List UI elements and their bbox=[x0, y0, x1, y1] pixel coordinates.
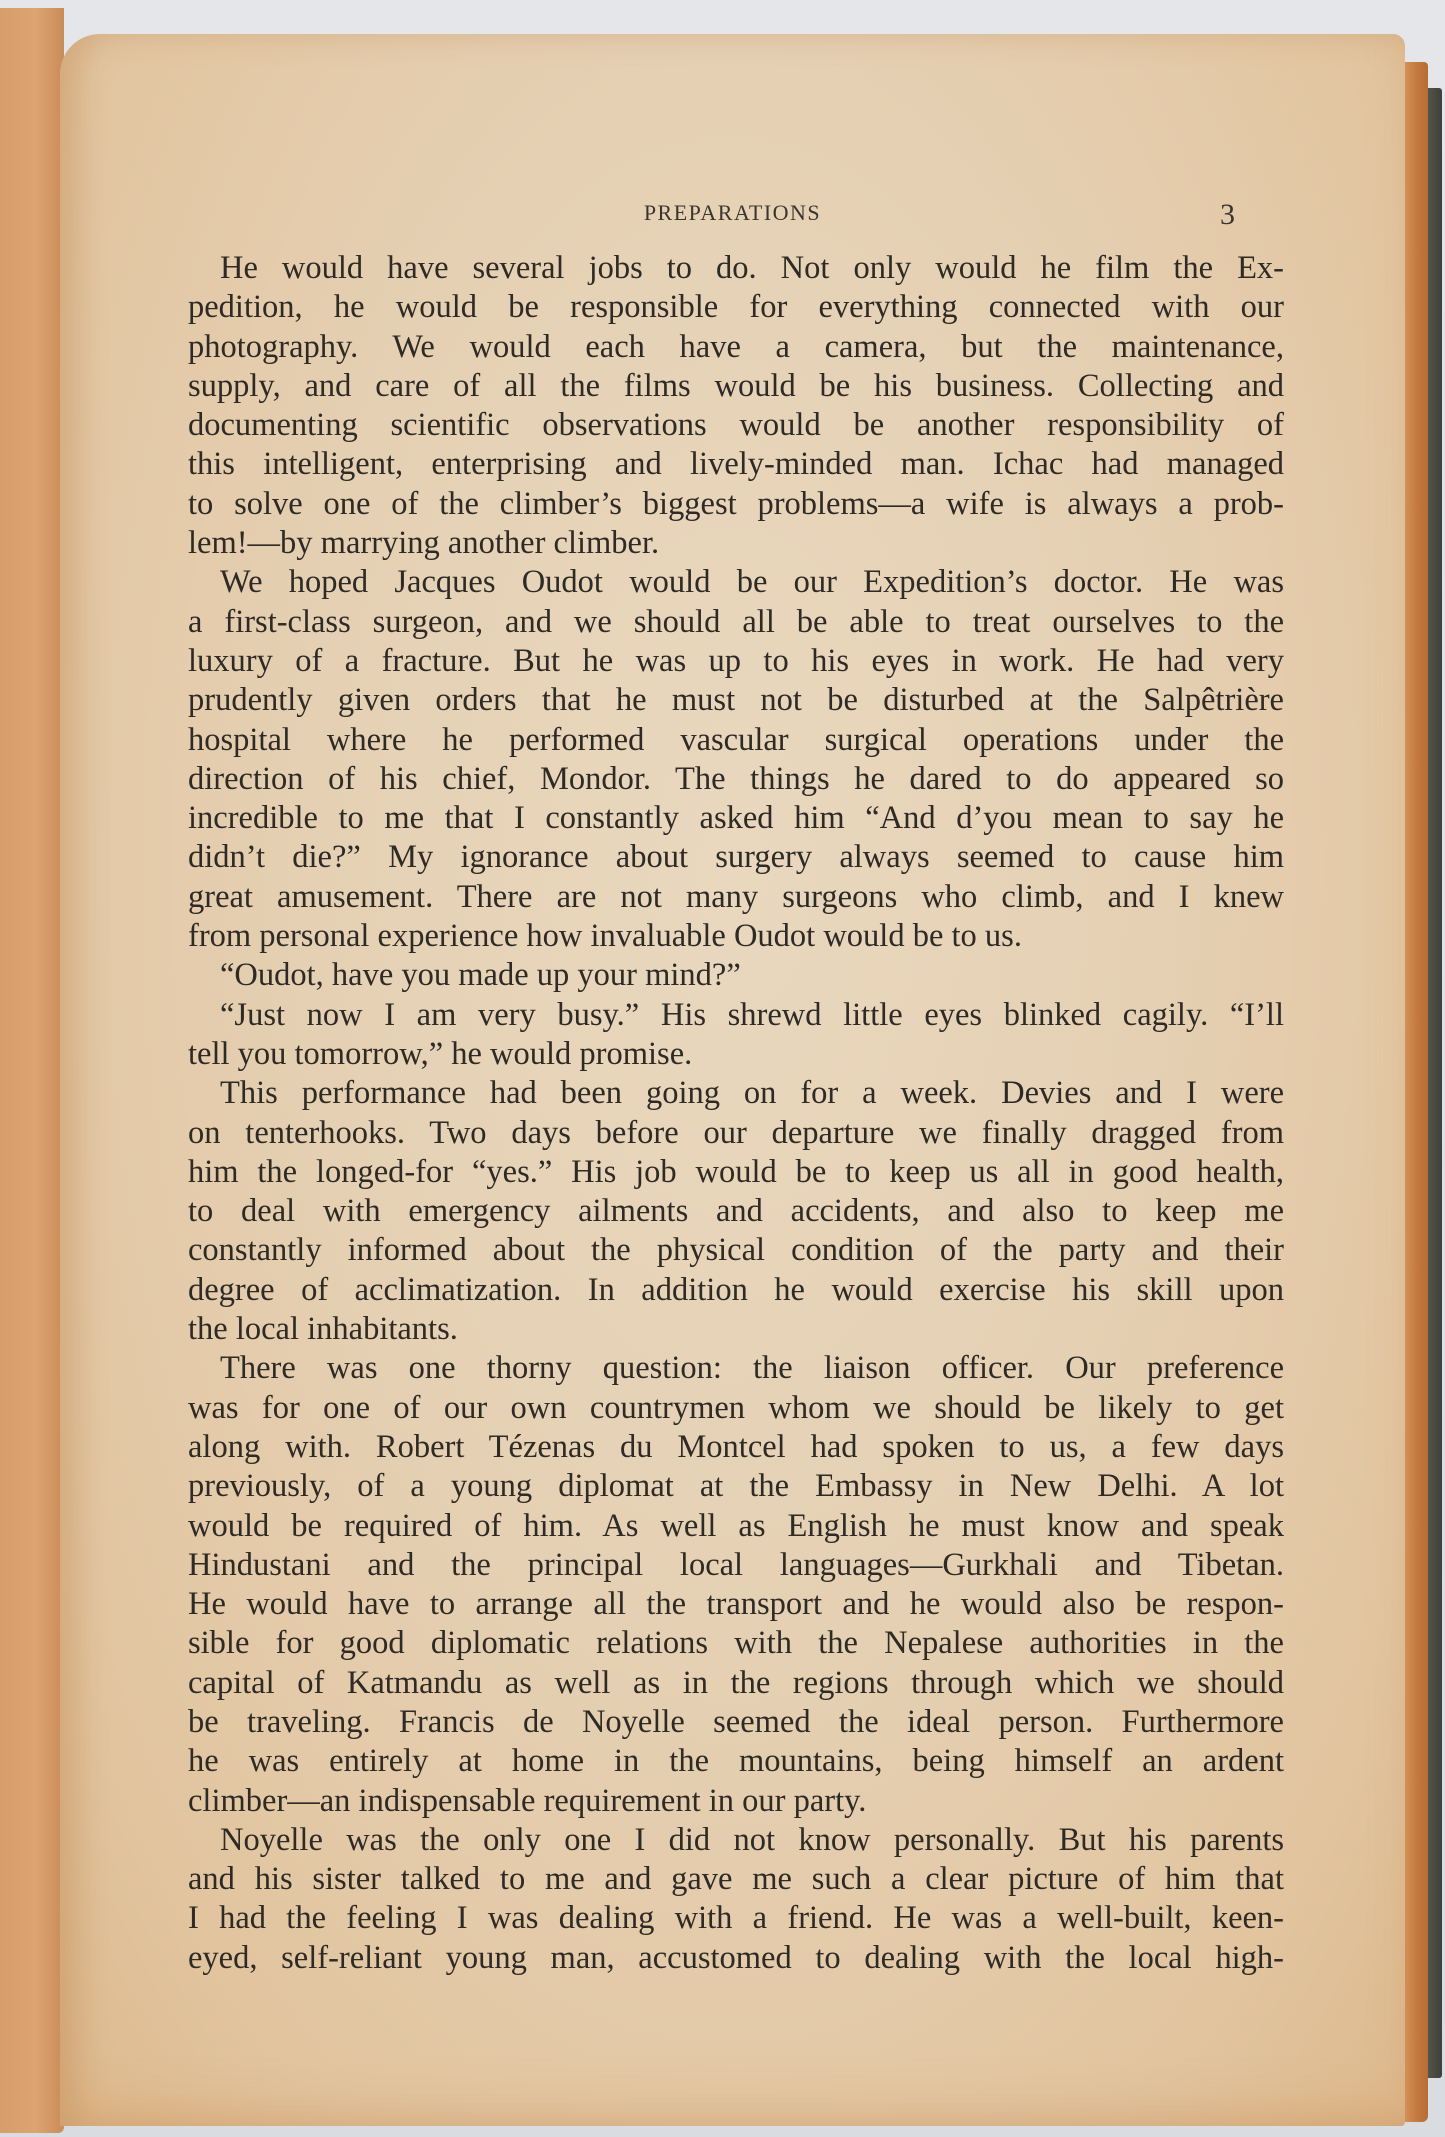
text-line: photography. We would each have a camera… bbox=[188, 328, 1284, 367]
text-line: him the longed-for “yes.” His job would … bbox=[188, 1153, 1284, 1192]
paragraph: We hoped Jacques Oudot would be our Expe… bbox=[188, 563, 1284, 956]
text-line: constantly informed about the physical c… bbox=[188, 1231, 1284, 1270]
page-number: 3 bbox=[1220, 198, 1235, 232]
text-line: degree of acclimatization. In addition h… bbox=[188, 1271, 1284, 1310]
text-line: from personal experience how invaluable … bbox=[188, 917, 1284, 956]
left-page-edge bbox=[0, 8, 64, 2133]
text-line: pedition, he would be responsible for ev… bbox=[188, 288, 1284, 327]
paragraph: He would have several jobs to do. Not on… bbox=[188, 249, 1284, 563]
text-line: hospital where he performed vascular sur… bbox=[188, 721, 1284, 760]
paragraph: This performance had been going on for a… bbox=[188, 1074, 1284, 1349]
paragraph: “Just now I am very busy.” His shrewd li… bbox=[188, 996, 1284, 1075]
running-head: PREPARATIONS bbox=[60, 200, 1405, 226]
text-line: I had the feeling I was dealing with a f… bbox=[188, 1899, 1284, 1938]
text-line: “Just now I am very busy.” His shrewd li… bbox=[188, 996, 1284, 1035]
text-line: He would have several jobs to do. Not on… bbox=[188, 249, 1284, 288]
book-page: PREPARATIONS 3 He would have several job… bbox=[60, 34, 1405, 2126]
text-line: be traveling. Francis de Noyelle seemed … bbox=[188, 1703, 1284, 1742]
text-line: documenting scientific observations woul… bbox=[188, 406, 1284, 445]
text-line: he was entirely at home in the mountains… bbox=[188, 1742, 1284, 1781]
text-line: on tenterhooks. Two days before our depa… bbox=[188, 1114, 1284, 1153]
text-line: “Oudot, have you made up your mind?” bbox=[188, 956, 1284, 995]
text-line: sible for good diplomatic relations with… bbox=[188, 1624, 1284, 1663]
text-line: luxury of a fracture. But he was up to h… bbox=[188, 642, 1284, 681]
text-line: Noyelle was the only one I did not know … bbox=[188, 1821, 1284, 1860]
text-line: climber—an indispensable requirement in … bbox=[188, 1782, 1284, 1821]
text-line: supply, and care of all the films would … bbox=[188, 367, 1284, 406]
text-line: tell you tomorrow,” he would promise. bbox=[188, 1035, 1284, 1074]
text-line: this intelligent, enterprising and livel… bbox=[188, 445, 1284, 484]
text-line: would be required of him. As well as Eng… bbox=[188, 1507, 1284, 1546]
text-line: a first-class surgeon, and we should all… bbox=[188, 603, 1284, 642]
text-line: didn’t die?” My ignorance about surgery … bbox=[188, 838, 1284, 877]
text-line: the local inhabitants. bbox=[188, 1310, 1284, 1349]
paragraph: There was one thorny question: the liais… bbox=[188, 1349, 1284, 1821]
text-line: Hindustani and the principal local langu… bbox=[188, 1546, 1284, 1585]
text-line: previously, of a young diplomat at the E… bbox=[188, 1467, 1284, 1506]
text-line: prudently given orders that he must not … bbox=[188, 681, 1284, 720]
text-line: was for one of our own countrymen whom w… bbox=[188, 1389, 1284, 1428]
text-line: incredible to me that I constantly asked… bbox=[188, 799, 1284, 838]
paragraph: “Oudot, have you made up your mind?” bbox=[188, 956, 1284, 995]
text-line: direction of his chief, Mondor. The thin… bbox=[188, 760, 1284, 799]
text-line: along with. Robert Tézenas du Montcel ha… bbox=[188, 1428, 1284, 1467]
text-line: There was one thorny question: the liais… bbox=[188, 1349, 1284, 1388]
text-line: and his sister talked to me and gave me … bbox=[188, 1860, 1284, 1899]
text-line: to deal with emergency ailments and acci… bbox=[188, 1192, 1284, 1231]
paragraph: Noyelle was the only one I did not know … bbox=[188, 1821, 1284, 1978]
text-line: to solve one of the climber’s biggest pr… bbox=[188, 485, 1284, 524]
text-line: lem!—by marrying another climber. bbox=[188, 524, 1284, 563]
text-line: We hoped Jacques Oudot would be our Expe… bbox=[188, 563, 1284, 602]
text-line: This performance had been going on for a… bbox=[188, 1074, 1284, 1113]
text-line: He would have to arrange all the transpo… bbox=[188, 1585, 1284, 1624]
text-line: great amusement. There are not many surg… bbox=[188, 878, 1284, 917]
text-line: eyed, self-reliant young man, accustomed… bbox=[188, 1939, 1284, 1978]
text-line: capital of Katmandu as well as in the re… bbox=[188, 1664, 1284, 1703]
body-text: He would have several jobs to do. Not on… bbox=[188, 249, 1284, 1978]
